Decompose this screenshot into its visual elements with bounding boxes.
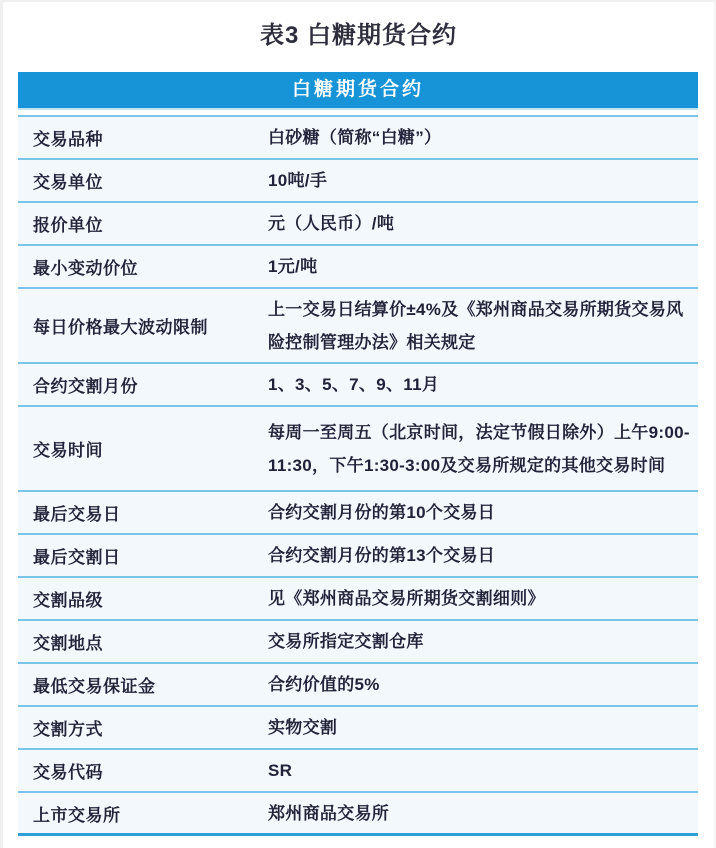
row-value: 合约价值的5% bbox=[268, 668, 698, 701]
table-row: 上市交易所 郑州商品交易所 bbox=[18, 793, 698, 836]
row-value: 郑州商品交易所 bbox=[268, 797, 698, 830]
table-row: 最后交割日 合约交割月份的第13个交易日 bbox=[18, 535, 698, 578]
row-value: 每周一至周五（北京时间，法定节假日除外）上午9:00-11:30，下午1:30-… bbox=[268, 416, 698, 482]
row-label: 合约交割月份 bbox=[18, 372, 268, 397]
table-row: 交易品种 白砂糖（简称“白糖”） bbox=[18, 117, 698, 160]
row-label: 交易代码 bbox=[18, 758, 268, 783]
row-value: 元（人民币）/吨 bbox=[268, 207, 698, 240]
row-label: 上市交易所 bbox=[18, 801, 268, 826]
table-row: 交割地点 交易所指定交割仓库 bbox=[18, 621, 698, 664]
page: 表3 白糖期货合约 白糖期货合约 交易品种 白砂糖（简称“白糖”） 交易单位 1… bbox=[0, 0, 716, 848]
row-label: 每日价格最大波动限制 bbox=[18, 313, 268, 338]
row-value: 实物交割 bbox=[268, 711, 698, 744]
table-row: 交易代码 SR bbox=[18, 750, 698, 793]
table-row: 最低交易保证金 合约价值的5% bbox=[18, 664, 698, 707]
table-header: 白糖期货合约 bbox=[18, 72, 698, 110]
table-row: 报价单位 元（人民币）/吨 bbox=[18, 203, 698, 246]
row-value: 1、3、5、7、9、11月 bbox=[268, 368, 698, 401]
row-label: 交割地点 bbox=[18, 629, 268, 654]
table-row: 最后交易日 合约交割月份的第10个交易日 bbox=[18, 492, 698, 535]
contract-table: 白糖期货合约 交易品种 白砂糖（简称“白糖”） 交易单位 10吨/手 报价单位 … bbox=[18, 72, 698, 836]
row-label: 最后交割日 bbox=[18, 543, 268, 568]
row-label: 交易品种 bbox=[18, 125, 268, 150]
row-label: 最小变动价位 bbox=[18, 254, 268, 279]
row-value: 交易所指定交割仓库 bbox=[268, 625, 698, 658]
table-row: 每日价格最大波动限制 上一交易日结算价±4%及《郑州商品交易所期货交易风险控制管… bbox=[18, 289, 698, 364]
table-row: 合约交割月份 1、3、5、7、9、11月 bbox=[18, 364, 698, 407]
row-value: 见《郑州商品交易所期货交割细则》 bbox=[268, 582, 698, 615]
row-label: 报价单位 bbox=[18, 211, 268, 236]
row-label: 交割品级 bbox=[18, 586, 268, 611]
row-value: SR bbox=[268, 754, 698, 787]
table-row: 交割品级 见《郑州商品交易所期货交割细则》 bbox=[18, 578, 698, 621]
table-rows: 交易品种 白砂糖（简称“白糖”） 交易单位 10吨/手 报价单位 元（人民币）/… bbox=[18, 115, 698, 836]
row-label: 交易时间 bbox=[18, 436, 268, 461]
row-label: 交易单位 bbox=[18, 168, 268, 193]
row-value: 1元/吨 bbox=[268, 250, 698, 283]
table-row: 交易时间 每周一至周五（北京时间，法定节假日除外）上午9:00-11:30，下午… bbox=[18, 407, 698, 492]
table-row: 最小变动价位 1元/吨 bbox=[18, 246, 698, 289]
row-label: 最低交易保证金 bbox=[18, 672, 268, 697]
row-value: 合约交割月份的第13个交易日 bbox=[268, 539, 698, 572]
table-row: 交割方式 实物交割 bbox=[18, 707, 698, 750]
row-value: 10吨/手 bbox=[268, 164, 698, 197]
page-title: 表3 白糖期货合约 bbox=[3, 18, 714, 54]
row-value: 白砂糖（简称“白糖”） bbox=[268, 121, 698, 154]
row-value: 上一交易日结算价±4%及《郑州商品交易所期货交易风险控制管理办法》相关规定 bbox=[268, 293, 698, 359]
table-row: 交易单位 10吨/手 bbox=[18, 160, 698, 203]
row-label: 交割方式 bbox=[18, 715, 268, 740]
row-value: 合约交割月份的第10个交易日 bbox=[268, 496, 698, 529]
row-label: 最后交易日 bbox=[18, 500, 268, 525]
